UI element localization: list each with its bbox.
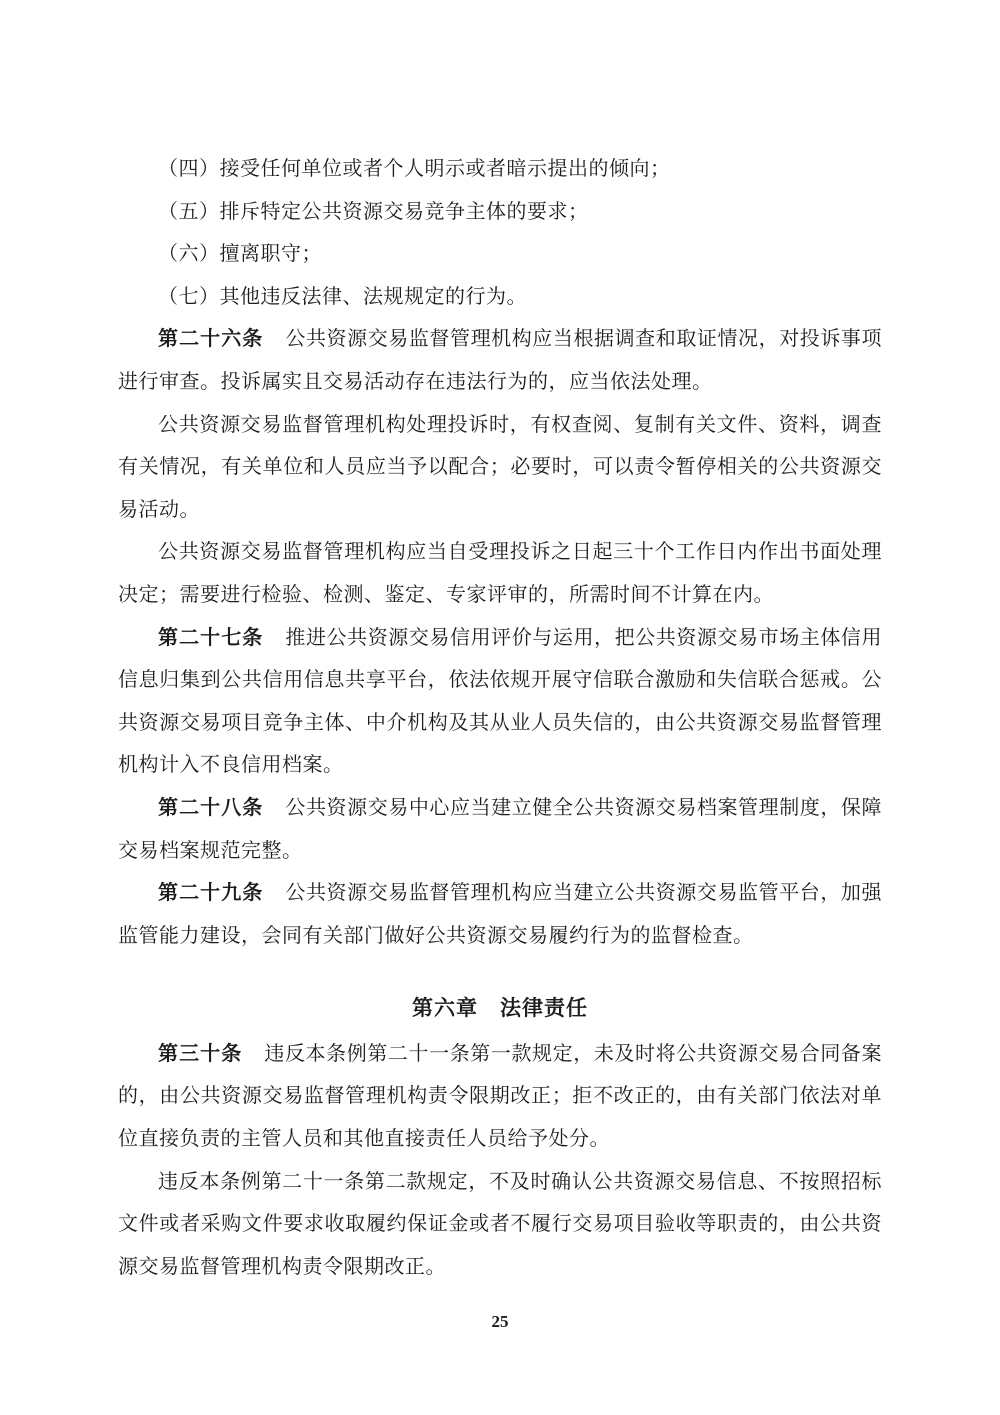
document-page: （四）接受任何单位或者个人明示或者暗示提出的倾向；（五）排斥特定公共资源交易竞争… xyxy=(0,0,1000,1415)
article-number: 第二十八条 xyxy=(158,797,263,819)
paragraph: 第二十六条公共资源交易监督管理机构应当根据调查和取证情况，对投诉事项进行审查。投… xyxy=(118,318,882,403)
paragraph: 第二十九条公共资源交易监督管理机构应当建立公共资源交易监管平台，加强监管能力建设… xyxy=(118,872,882,957)
paragraph: 第三十条违反本条例第二十一条第一款规定，未及时将公共资源交易合同备案的，由公共资… xyxy=(118,1033,882,1161)
paragraph: （四）接受任何单位或者个人明示或者暗示提出的倾向； xyxy=(118,148,882,191)
paragraph: 第二十七条推进公共资源交易信用评价与运用，把公共资源交易市场主体信用信息归集到公… xyxy=(118,617,882,787)
chapter-heading: 第六章 法律责任 xyxy=(118,988,882,1031)
paragraph: （七）其他违反法律、法规规定的行为。 xyxy=(118,276,882,319)
document-body: （四）接受任何单位或者个人明示或者暗示提出的倾向；（五）排斥特定公共资源交易竞争… xyxy=(118,148,882,1288)
article-number: 第二十九条 xyxy=(158,882,263,904)
article-number: 第三十条 xyxy=(158,1043,242,1065)
page-number: 25 xyxy=(0,1312,1000,1332)
article-number: 第二十七条 xyxy=(158,627,263,649)
paragraph: （五）排斥特定公共资源交易竞争主体的要求； xyxy=(118,191,882,234)
article-number: 第二十六条 xyxy=(158,328,263,350)
paragraph: 公共资源交易监督管理机构处理投诉时，有权查阅、复制有关文件、资料，调查有关情况，… xyxy=(118,404,882,532)
paragraph: 公共资源交易监督管理机构应当自受理投诉之日起三十个工作日内作出书面处理决定；需要… xyxy=(118,531,882,616)
paragraph: 违反本条例第二十一条第二款规定，不及时确认公共资源交易信息、不按照招标文件或者采… xyxy=(118,1161,882,1289)
paragraph: （六）擅离职守； xyxy=(118,233,882,276)
paragraph: 第二十八条公共资源交易中心应当建立健全公共资源交易档案管理制度，保障交易档案规范… xyxy=(118,787,882,872)
